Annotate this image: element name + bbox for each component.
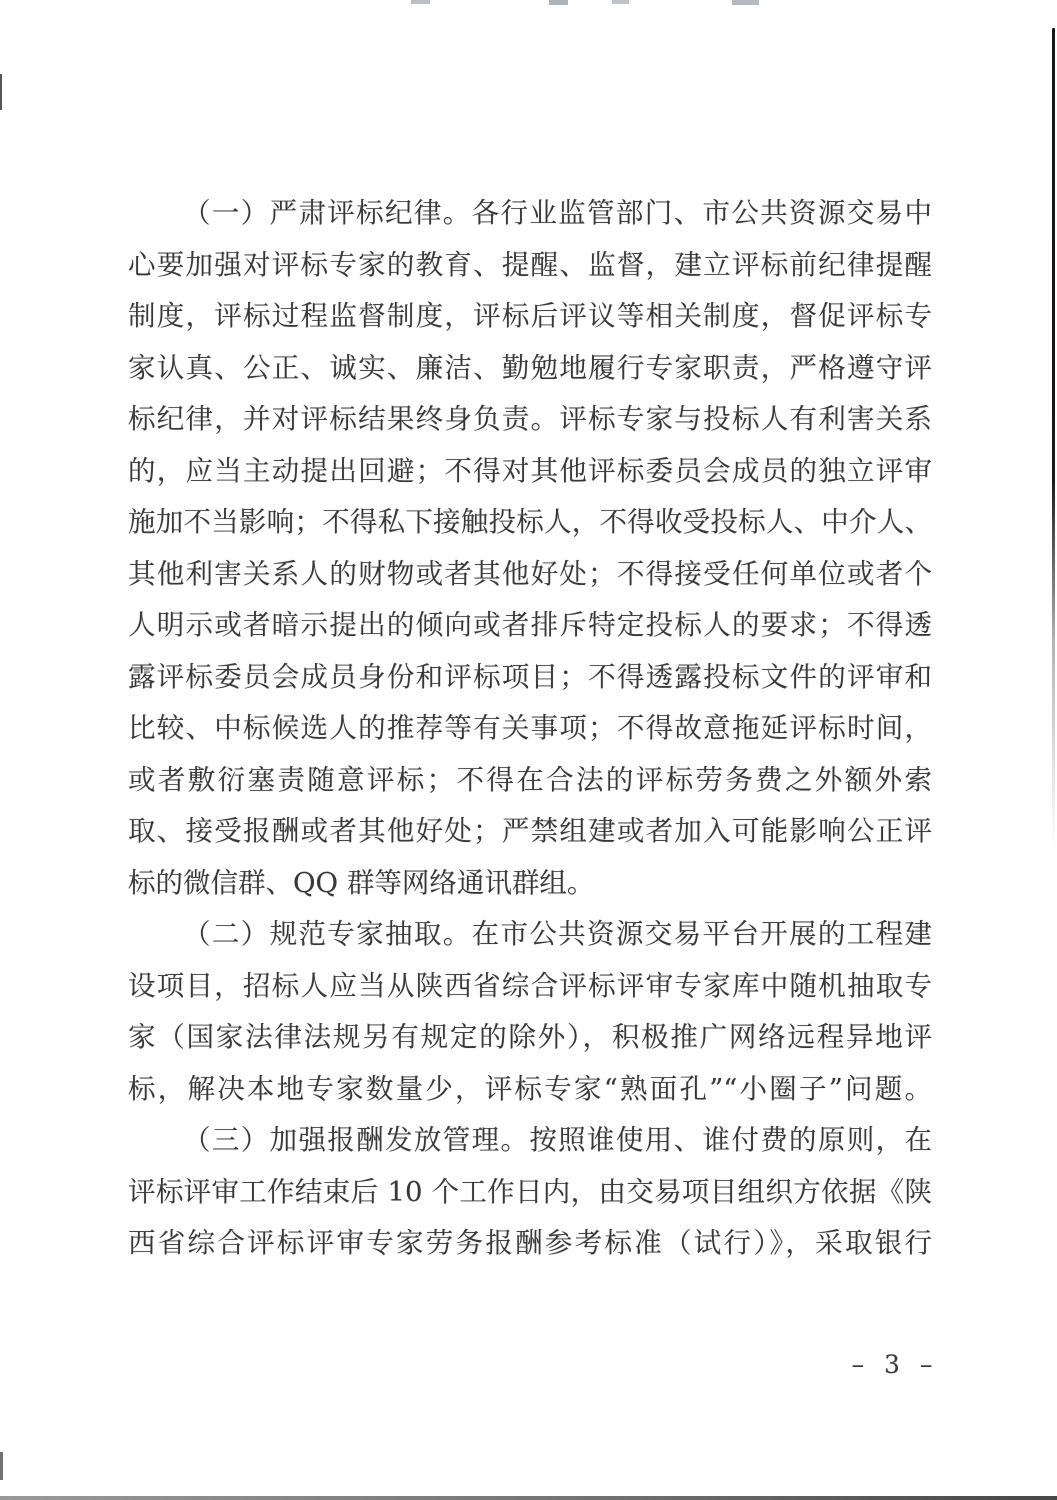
scan-artifact-right-edge — [1052, 28, 1055, 848]
text-line: 设项目，招标人应当从陕西省综合评标评审专家库中随机抽取专 — [128, 961, 932, 1013]
text-line: 或者敷衍塞责随意评标；不得在合法的评标劳务费之外额外索 — [128, 755, 932, 807]
text-line: 心要加强对评标专家的教育、提醒、监督，建立评标前纪律提醒 — [128, 240, 932, 292]
document-body: （一）严肃评标纪律。各行业监管部门、市公共资源交易中心要加强对评标专家的教育、提… — [128, 188, 932, 1270]
text-line: 其他利害关系人的财物或者其他好处；不得接受任何单位或者个 — [128, 549, 932, 601]
text-line: 标纪律，并对评标结果终身负责。评标专家与投标人有利害关系 — [128, 394, 932, 446]
text-line: 家（国家法律法规另有规定的除外），积极推广网络远程异地评 — [128, 1012, 932, 1064]
text-line: （一）严肃评标纪律。各行业监管部门、市公共资源交易中 — [128, 188, 932, 240]
text-line: 标的微信群、QQ 群等网络通讯群组。 — [128, 858, 932, 910]
page-number: – 3 – — [845, 1350, 945, 1379]
text-line: 西省综合评标评审专家劳务报酬参考标准（试行）》，采取银行 — [128, 1218, 932, 1270]
text-line: （二）规范专家抽取。在市公共资源交易平台开展的工程建 — [128, 909, 932, 961]
scan-artifact-top-fragment — [549, 0, 568, 5]
text-line: 标，解决本地专家数量少，评标专家“熟面孔”“小圈子”问题。 — [128, 1064, 932, 1116]
text-line: （三）加强报酬发放管理。按照谁使用、谁付费的原则，在 — [128, 1115, 932, 1167]
scan-artifact-left-edge — [0, 1452, 3, 1480]
scan-artifact-bottom-edge — [0, 1496, 1057, 1500]
scan-artifact-top-fragment — [732, 0, 759, 5]
text-line: 制度，评标过程监督制度，评标后评议等相关制度，督促评标专 — [128, 291, 932, 343]
text-line: 的，应当主动提出回避；不得对其他评标委员会成员的独立评审 — [128, 446, 932, 498]
text-line: 取、接受报酬或者其他好处；严禁组建或者加入可能影响公正评 — [128, 806, 932, 858]
text-line: 露评标委员会成员身份和评标项目；不得透露投标文件的评审和 — [128, 652, 932, 704]
scan-artifact-left-edge — [0, 74, 2, 110]
text-line: 施加不当影响；不得私下接触投标人，不得收受投标人、中介人、 — [128, 497, 932, 549]
text-line: 评标评审工作结束后 10 个工作日内，由交易项目组织方依据《陕 — [128, 1167, 932, 1219]
text-line: 人明示或者暗示提出的倾向或者排斥特定投标人的要求；不得透 — [128, 600, 932, 652]
scanned-document-page: （一）严肃评标纪律。各行业监管部门、市公共资源交易中心要加强对评标专家的教育、提… — [0, 0, 1057, 1500]
scan-artifact-top-fragment — [612, 0, 629, 4]
text-line: 家认真、公正、诚实、廉洁、勤勉地履行专家职责，严格遵守评 — [128, 343, 932, 395]
text-line: 比较、中标候选人的推荐等有关事项；不得故意拖延评标时间， — [128, 703, 932, 755]
scan-artifact-top-fragment — [411, 0, 430, 4]
